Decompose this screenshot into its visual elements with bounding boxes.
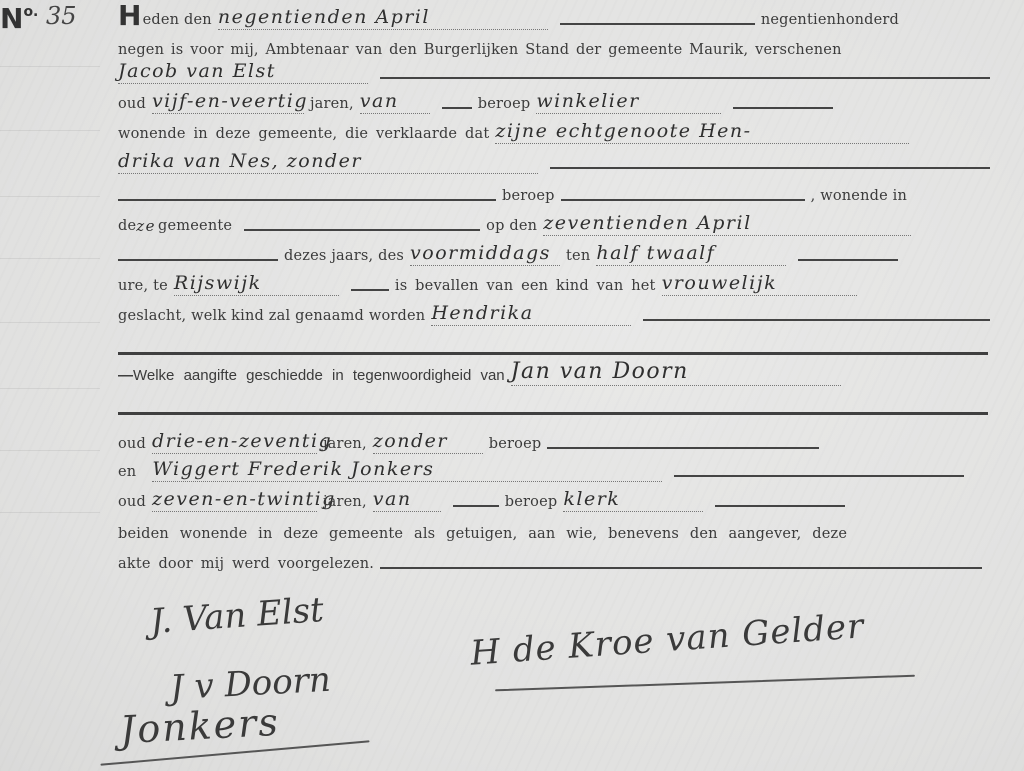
margin-ghost-line [0,258,100,259]
rule [733,107,833,109]
printed-text: oud [118,97,146,115]
margin-ghost-line [0,512,100,513]
handwritten-witness2-occupation: klerk [563,490,703,512]
rule-line-14 [118,412,988,415]
rule [560,23,755,25]
margin-ghost-line [0,196,100,197]
signature-witness2: Jonkers [119,700,281,752]
handwritten-wife-name-cont: drika van Nes, zonder [118,152,538,174]
rule [351,289,389,291]
margin-ghost-line [0,322,100,323]
handwritten-birth-place: Rijswijk [174,274,339,296]
line-7: beroep , wonende in [118,184,998,206]
printed-text: jaren, [323,495,367,513]
printed-text: negen is voor mij, Ambtenaar van den Bur… [118,43,842,61]
handwritten-van: van [360,92,430,114]
rule [561,199,805,201]
line-9: dezes jaars, des voormiddags ten half tw… [118,244,998,266]
handwritten-age: vijf-en-veertig [152,92,304,114]
handwritten-wife-name: zijne echtgenoote Hen- [495,122,909,144]
rule [674,475,964,477]
record-number-value: 35 [46,2,77,30]
rule [547,447,819,449]
line-3: Jacob van Elst [118,62,996,84]
printed-text: de [118,219,136,237]
line-11: geslacht, welk kind zal genaamd worden H… [118,304,996,326]
handwritten-birth-date: zeventienden April [543,214,911,236]
printed-text: akte door mij werd voorgelezen. [118,557,374,575]
rule [550,167,990,169]
handwritten-time-of-day: voormiddags [410,244,560,266]
line-19: akte door mij werd voorgelezen. [118,552,988,574]
record-number-label: No. [0,2,38,35]
printed-text: eden den [143,13,212,31]
line-6: drika van Nes, zonder [118,152,996,174]
printed-text: ure, te [118,279,168,297]
margin-ghost-line [0,130,100,131]
line-5: wonende in deze gemeente, die verklaarde… [118,122,998,144]
printed-text: beroep [505,495,558,513]
margin-ghost-line [0,66,100,67]
dash: — [118,368,133,386]
rule [715,505,845,507]
handwritten-child-name: Hendrika [431,304,631,326]
rule [380,567,982,569]
line-1: H eden den negentienden April negentienh… [118,2,998,30]
rule [118,199,496,201]
handwritten-van: van [373,490,441,512]
printed-text: beroep [478,97,531,115]
line-15: oud drie-en-zeventig jaren, zonder beroe… [118,432,998,454]
printed-text: is bevallen van een kind van het [395,279,656,297]
printed-text: ten [566,249,590,267]
handwritten-declarant-name: Jacob van Elst [118,62,368,84]
printed-text: jaren, [310,97,354,115]
printed-text: beroep [502,189,555,207]
printed-text: beiden wonende in deze gemeente als getu… [118,527,847,545]
printed-text: jaren, [323,437,367,455]
margin-ghost-line [0,388,100,389]
printed-text: negentienhonderd [761,13,899,31]
rule [643,319,990,321]
line-13: — Welke aangifte geschiedde in tegenwoor… [118,364,998,386]
line-10: ure, te Rijswijk is bevallen van een kin… [118,274,998,296]
rule [380,77,990,79]
line-17: oud zeven-en-twintig jaren, van beroep k… [118,490,998,512]
handwritten-occupation: winkelier [536,92,721,114]
printed-text: op den [486,219,537,237]
printed-text: Welke aangifte geschiedde in tegenwoordi… [133,368,505,386]
printed-text: gemeente [158,219,232,237]
line-18: beiden wonende in deze gemeente als getu… [118,522,988,544]
handwritten-witness2-name: Wiggert Frederik Jonkers [152,460,662,482]
line-4: oud vijf-en-veertig jaren, van beroep wi… [118,92,998,114]
printed-text: geslacht, welk kind zal genaamd worden [118,309,425,327]
rule-line-12 [118,352,988,355]
margin-ghost-line [0,450,100,451]
printed-text: en [118,465,136,483]
rule [798,259,898,261]
line-8: de ze gemeente op den zeventienden April [118,214,998,236]
rule [442,107,472,109]
handwritten-birth-day: negentienden April [218,8,548,30]
handwritten-witness1-occupation: zonder [373,432,483,454]
handwritten-hour: half twaalf [596,244,786,266]
printed-text: dezes jaars, des [284,249,404,267]
rule [244,229,480,231]
initial-capital: H [118,2,142,30]
handwritten-witness2-age: zeven-en-twintig [152,490,317,512]
handwritten-witness1-name: Jan van Doorn [511,361,841,386]
handwritten-sex: vrouwelijk [662,274,857,296]
handwritten-ze: ze [136,219,156,236]
line-2: negen is voor mij, Ambtenaar van den Bur… [118,38,998,60]
printed-text: beroep [489,437,542,455]
rule [453,505,499,507]
printed-text: , wonende in [811,189,907,207]
handwritten-witness1-age: drie-en-zeventig [152,432,317,454]
printed-text: wonende in deze gemeente, die verklaarde… [118,127,489,145]
printed-text: oud [118,437,146,455]
rule [118,259,278,261]
printed-text: oud [118,495,146,513]
line-16: en Wiggert Frederik Jonkers [118,460,970,482]
